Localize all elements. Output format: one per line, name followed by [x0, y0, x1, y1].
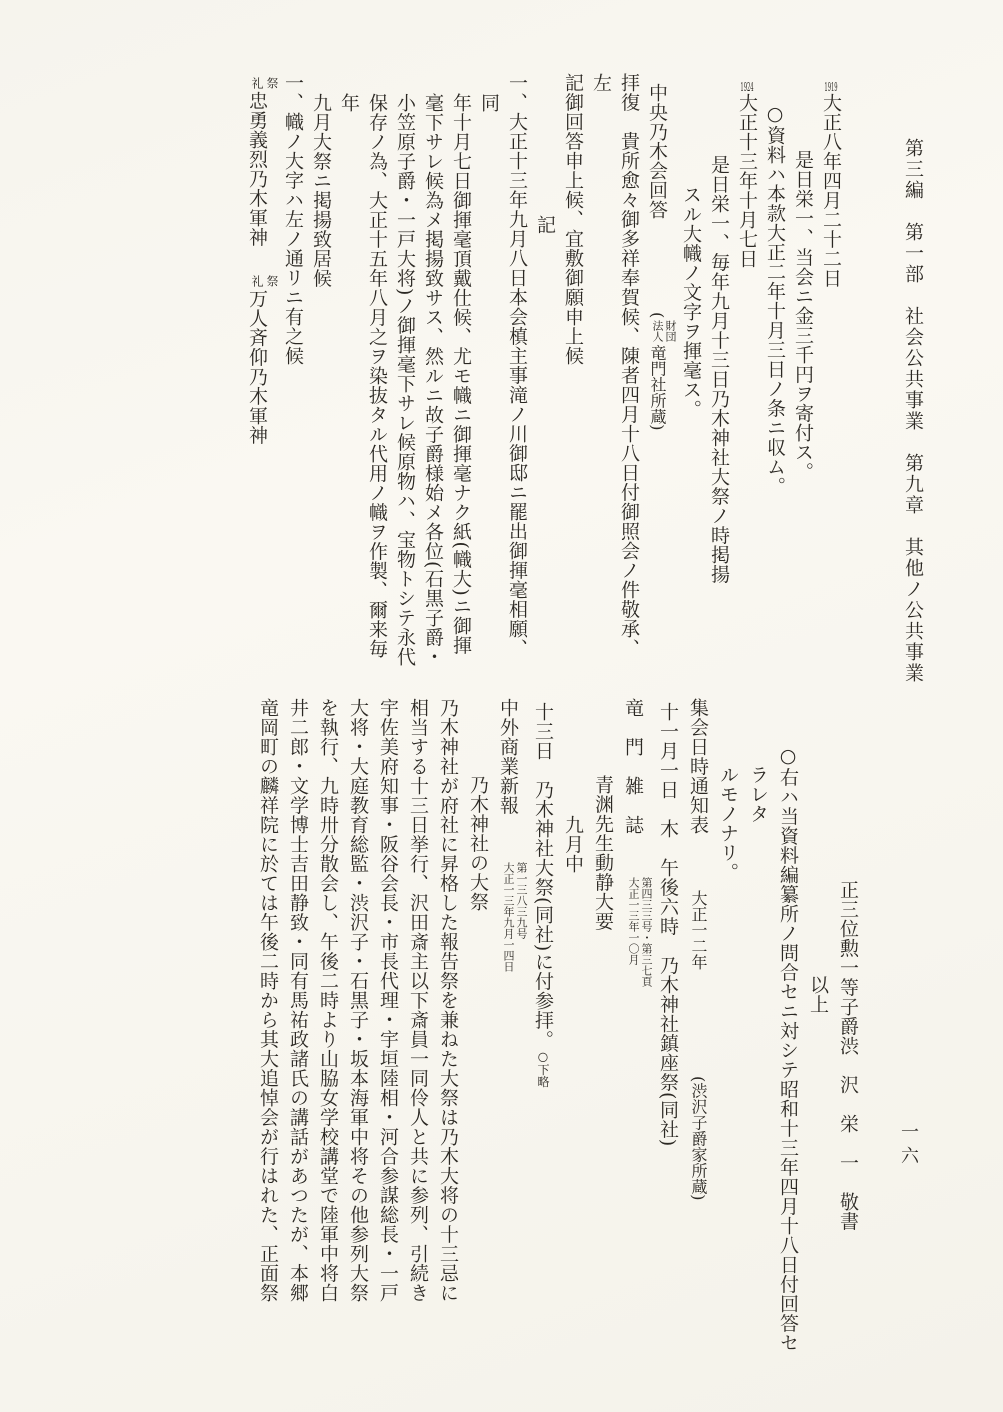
source-paren-open: ( — [648, 312, 667, 318]
entry-1924-date: 大正十三年十月七日 — [736, 93, 758, 269]
banner-inscriptions: 祭礼忠勇義烈乃木軍神祭礼万人斉仰乃木軍神 — [243, 55, 279, 677]
nogi-reply-heading-column: 中央乃木会回答(財団法人竜門社所蔵) — [643, 55, 677, 677]
entry-1919-date: 大正八年四月二十二日 — [820, 93, 842, 288]
chugai-date: 大正一三年九月一四日 — [502, 862, 515, 972]
ryumon-heading: 竜 門 雑 誌 — [622, 698, 644, 835]
entry-1924-year-label: 1924 — [740, 81, 754, 93]
ryumon-month: 九月中 — [558, 690, 588, 1370]
meeting-notice-entry: 十一月一日 木 午後六時 乃木神社鎮座祭(同社) — [653, 690, 683, 1370]
nogi-reply-signature: 正三位勲一等子爵渋 沢 栄 一 敬書 — [833, 690, 863, 1370]
chugai-reference: 第一三八三九号大正一三年九月一四日 — [502, 817, 528, 972]
entry-1919-body: 是日栄一、当会ニ金三千円ヲ寄付ス。 — [789, 55, 817, 677]
entry-1924-body: 是日栄一、毎年九月十三日乃木神社大祭ノ時掲揚 スル大幟ノ文字ヲ揮毫ス。 — [677, 55, 733, 677]
meeting-notice-year: 大正一二年 — [689, 835, 708, 970]
ryumon-entry: 十三日 乃木神社大祭(同社)に付参拝。 — [532, 702, 554, 1049]
scanned-book-page: 第三編 第一部 社会公共事業 第九章 其他ノ公共事業 一六 1919大正八年四月… — [0, 0, 1003, 1412]
nogi-reply-ki-heading: 記 — [531, 55, 559, 677]
banner-1-prefix: 祭礼 — [249, 77, 279, 89]
banner-1-text: 忠勇義烈乃木軍神 — [246, 91, 268, 247]
chugai-heading: 中外商業新報 — [497, 698, 519, 815]
ryumon-reference: 第四三三号・第三七頁大正一三年一〇月 — [627, 837, 653, 987]
source-warichu-left: 法人 — [651, 320, 664, 342]
source-warichu-right: 財団 — [664, 320, 677, 342]
banner-2-prefix: 祭礼 — [249, 249, 279, 287]
chugai-article-body: 乃木神社が府社に昇格した報告祭を兼ねた大祭は乃木大将の十三忌に 相当する十三日挙… — [253, 690, 463, 1370]
page-number: 一六 — [895, 1122, 921, 1170]
running-header: 第三編 第一部 社会公共事業 第九章 其他ノ公共事業 — [900, 138, 927, 684]
ryumon-entry-note: ○下略 — [536, 1049, 550, 1087]
nogi-reply-source: (財団法人竜門社所蔵) — [648, 220, 667, 431]
source-warichu: 財団法人 — [651, 320, 677, 342]
nogi-reply-opening: 拝復 貴所愈々御多祥奉賀候、陳者四月十八日付御照会ノ件敬承、左 記御回答申上候、… — [559, 55, 643, 677]
banner-2-prefix-left: 礼 — [249, 275, 264, 287]
banner-2-prefix-right: 祭 — [264, 275, 279, 287]
nogi-reply-item-2: 一、幟ノ大字ハ左ノ通リニ有之候 — [279, 55, 307, 677]
chugai-heading-column: 中外商業新報第一三八三九号大正一三年九月一四日 — [493, 690, 528, 1370]
banner-1-prefix-left: 礼 — [249, 77, 264, 89]
ryumon-date: 大正一三年一〇月 — [627, 877, 640, 987]
ryumon-entry-column: 十三日 乃木神社大祭(同社)に付参拝。○下略 — [528, 690, 558, 1370]
ryumon-subheading: 青渊先生動静大要 — [588, 690, 618, 1370]
entry-1919-date-line: 1919大正八年四月二十二日 — [817, 55, 845, 677]
nogi-reply-item-1: 一、大正十三年九月八日本会槙主事滝ノ川御邸ニ罷出御揮毫相願、同 年十月七日御揮毫… — [307, 55, 531, 677]
nogi-reply-editor-note: ○右ハ当資料編纂所ノ問合セニ対シテ昭和十三年四月十八日付回答セラレタ ルモノナリ… — [713, 690, 803, 1370]
chugai-subheading: 乃木神社の大祭 — [463, 690, 493, 1370]
banner-2-text: 万人斉仰乃木軍神 — [246, 289, 268, 445]
ryumon-issue: 第四三三号・第三七頁 — [640, 877, 653, 987]
entry-1919-editor-note: ○資料ハ本款大正二年十月三日ノ条ニ収ム。 — [761, 55, 789, 677]
chugai-issue: 第一三八三九号 — [515, 862, 528, 972]
upper-register: 1919大正八年四月二十二日 是日栄一、当会ニ金三千円ヲ寄付ス。 ○資料ハ本款大… — [243, 55, 845, 677]
entry-1919-year-label: 1919 — [824, 81, 838, 93]
source-holder: 竜門社所蔵) — [648, 344, 667, 430]
ryumon-heading-column: 竜 門 雑 誌第四三三号・第三七頁大正一三年一〇月 — [618, 690, 653, 1370]
meeting-notice-heading: 集会日時通知表 — [687, 698, 709, 835]
entry-1924-date-line: 1924大正十三年十月七日 — [733, 55, 761, 677]
meeting-notice-column: 集会日時通知表大正一二年(渋沢子爵家所蔵) — [683, 690, 713, 1370]
nogi-reply-heading: 中央乃木会回答 — [646, 83, 668, 220]
banner-1-prefix-right: 祭 — [264, 77, 279, 89]
nogi-reply-closing: 以上 — [803, 690, 833, 1370]
meeting-notice-owner: (渋沢子爵家所蔵) — [689, 970, 708, 1200]
lower-register: 正三位勲一等子爵渋 沢 栄 一 敬書 以上 ○右ハ当資料編纂所ノ問合セニ対シテ昭… — [253, 690, 863, 1370]
